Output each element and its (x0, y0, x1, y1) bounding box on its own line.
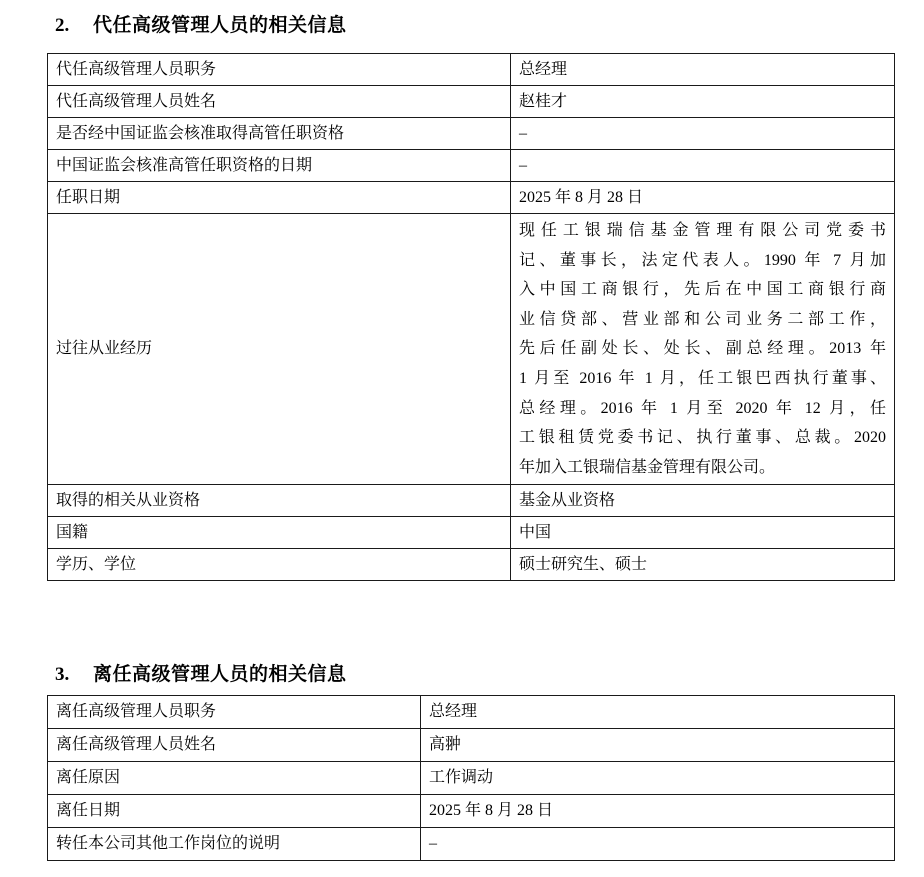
table-row: 国籍 中国 (48, 517, 895, 549)
table-row: 代任高级管理人员职务 总经理 (48, 54, 895, 86)
section-3-heading: 3.离任高级管理人员的相关信息 (55, 662, 924, 687)
row-label: 离任原因 (48, 762, 421, 795)
row-value: 高翀 (421, 729, 895, 762)
row-value: 硕士研究生、硕士 (511, 549, 895, 581)
table-row: 离任高级管理人员姓名 高翀 (48, 729, 895, 762)
table-row: 是否经中国证监会核准取得高管任职资格 – (48, 118, 895, 150)
row-value: 总经理 (511, 54, 895, 86)
row-label: 离任高级管理人员姓名 (48, 729, 421, 762)
table-row: 取得的相关从业资格 基金从业资格 (48, 485, 895, 517)
table-row: 任职日期 2025 年 8 月 28 日 (48, 182, 895, 214)
row-label: 代任高级管理人员姓名 (48, 86, 511, 118)
row-label: 离任高级管理人员职务 (48, 696, 421, 729)
row-value: 总经理 (421, 696, 895, 729)
document-page: 2.代任高级管理人员的相关信息 代任高级管理人员职务 总经理 代任高级管理人员姓… (0, 0, 924, 861)
row-value: 2025 年 8 月 28 日 (511, 182, 895, 214)
section-3-title: 离任高级管理人员的相关信息 (93, 664, 347, 685)
row-value-career-history: 现任工银瑞信基金管理有限公司党委书 记、董事长，法定代表人。1990 年 7 月… (511, 214, 895, 485)
career-history-line: 入中国工商银行，先后在中国工商银行商 (519, 275, 886, 305)
table-row: 离任高级管理人员职务 总经理 (48, 696, 895, 729)
table-row: 离任原因 工作调动 (48, 762, 895, 795)
row-value: 基金从业资格 (511, 485, 895, 517)
row-label: 转任本公司其他工作岗位的说明 (48, 828, 421, 861)
career-history-line: 总经理。2016 年 1 月至 2020 年 12 月，任 (519, 394, 886, 424)
row-label: 任职日期 (48, 182, 511, 214)
career-history-line: 业信贷部、营业部和公司业务二部工作， (519, 305, 886, 335)
row-value: – (511, 118, 895, 150)
career-history-line: 工银租赁党委书记、执行董事、总裁。2020 (519, 423, 886, 453)
section-3-number: 3. (55, 662, 93, 687)
career-history-line: 先后任副处长、处长、副总经理。2013 年 (519, 334, 886, 364)
row-value: 工作调动 (421, 762, 895, 795)
career-history-line: 记、董事长，法定代表人。1990 年 7 月加 (519, 246, 886, 276)
table-row: 转任本公司其他工作岗位的说明 – (48, 828, 895, 861)
row-label: 中国证监会核准高管任职资格的日期 (48, 150, 511, 182)
row-value: 2025 年 8 月 28 日 (421, 795, 895, 828)
section-2-heading: 2.代任高级管理人员的相关信息 (55, 13, 924, 38)
table-row: 中国证监会核准高管任职资格的日期 – (48, 150, 895, 182)
row-label: 学历、学位 (48, 549, 511, 581)
section-2-number: 2. (55, 13, 93, 38)
row-value: 赵桂才 (511, 86, 895, 118)
table-row: 代任高级管理人员姓名 赵桂才 (48, 86, 895, 118)
row-label: 过往从业经历 (48, 214, 511, 485)
table-row: 离任日期 2025 年 8 月 28 日 (48, 795, 895, 828)
row-value: – (511, 150, 895, 182)
career-history-line: 1 月至 2016 年 1 月，任工银巴西执行董事、 (519, 364, 886, 394)
table-row-career-history: 过往从业经历 现任工银瑞信基金管理有限公司党委书 记、董事长，法定代表人。199… (48, 214, 895, 485)
career-history-line: 年加入工银瑞信基金管理有限公司。 (519, 453, 886, 483)
row-label: 是否经中国证监会核准取得高管任职资格 (48, 118, 511, 150)
row-label: 国籍 (48, 517, 511, 549)
acting-manager-table: 代任高级管理人员职务 总经理 代任高级管理人员姓名 赵桂才 是否经中国证监会核准… (47, 53, 895, 581)
row-label: 离任日期 (48, 795, 421, 828)
section-2-title: 代任高级管理人员的相关信息 (93, 15, 347, 36)
departing-manager-table: 离任高级管理人员职务 总经理 离任高级管理人员姓名 高翀 离任原因 工作调动 离… (47, 695, 895, 861)
row-label: 代任高级管理人员职务 (48, 54, 511, 86)
row-value: – (421, 828, 895, 861)
row-label: 取得的相关从业资格 (48, 485, 511, 517)
table-row: 学历、学位 硕士研究生、硕士 (48, 549, 895, 581)
career-history-line: 现任工银瑞信基金管理有限公司党委书 (519, 216, 886, 246)
row-value: 中国 (511, 517, 895, 549)
